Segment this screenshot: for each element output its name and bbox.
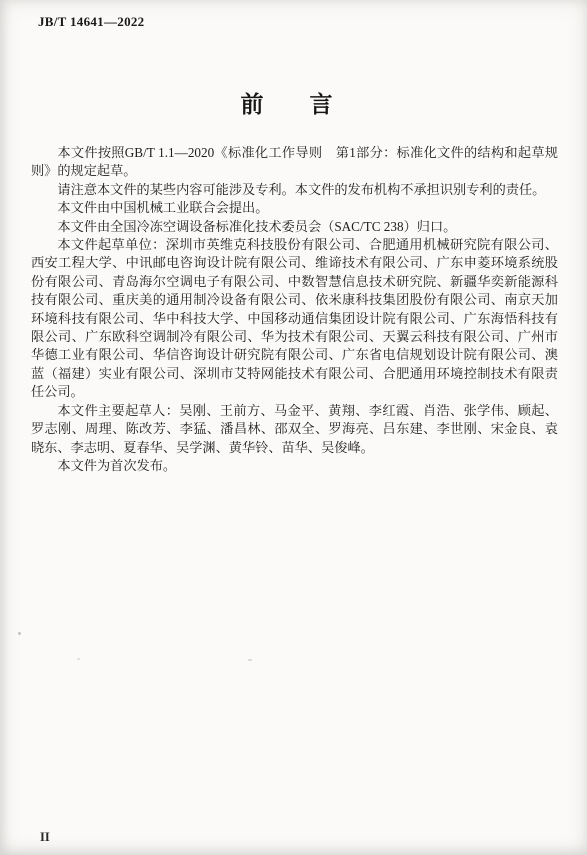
paragraph-patent-notice: 请注意本文件的某些内容可能涉及专利。本文件的发布机构不承担识别专利的责任。 xyxy=(31,181,558,199)
page-title: 前 言 xyxy=(0,86,573,119)
scan-speck xyxy=(18,632,21,635)
paragraph-drafting-organizations: 本文件起草单位：深圳市英维克科技股份有限公司、合肥通用机械研究院有限公司、西安工… xyxy=(31,236,558,402)
foreword-body: 本文件按照GB/T 1.1—2020《标准化工作导则 第1部分：标准化文件的结构… xyxy=(31,144,558,475)
paragraph-basis: 本文件按照GB/T 1.1—2020《标准化工作导则 第1部分：标准化文件的结构… xyxy=(31,144,558,181)
paragraph-main-drafters: 本文件主要起草人：吴刚、王前方、马金平、黄翔、李红霞、肖浩、张学伟、顾起、罗志刚… xyxy=(31,402,558,457)
paragraph-centralized-by: 本文件由全国冷冻空调设备标准化技术委员会（SAC/TC 238）归口。 xyxy=(31,218,558,236)
scan-speck xyxy=(77,658,80,660)
scan-speck xyxy=(248,659,252,661)
document-page: JB/T 14641—2022 前 言 本文件按照GB/T 1.1—2020《标… xyxy=(0,0,587,855)
paragraph-first-issue: 本文件为首次发布。 xyxy=(31,457,558,475)
paragraph-proposed-by: 本文件由中国机械工业联合会提出。 xyxy=(31,199,558,217)
page-number: II xyxy=(40,830,50,845)
standard-number: JB/T 14641—2022 xyxy=(38,14,144,30)
